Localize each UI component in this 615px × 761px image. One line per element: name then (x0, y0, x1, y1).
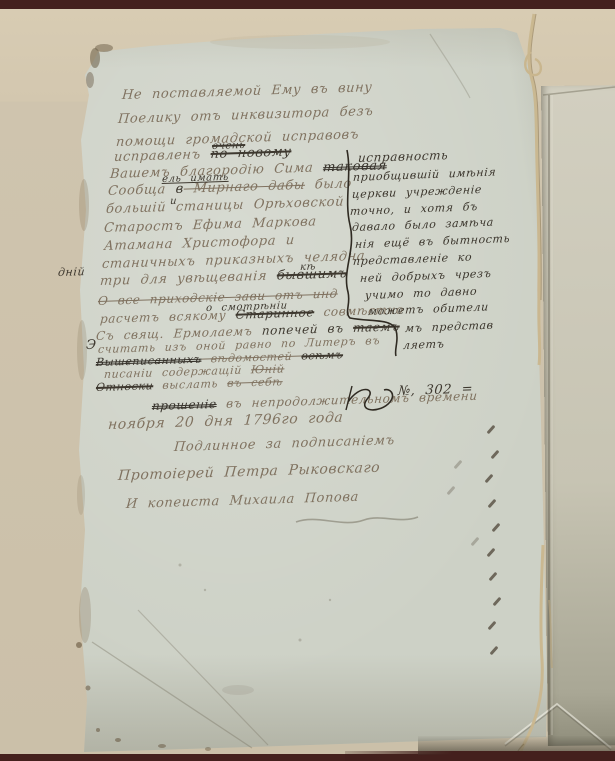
binding-thread-lower (521, 545, 543, 761)
thread-knot (525, 52, 541, 75)
photograph-of-manuscript: Не поставляемой Ему въ винуПоелику отъ и… (0, 0, 615, 761)
signature-squiggle (296, 517, 418, 523)
binding-thread (529, 14, 540, 365)
ink-flourishes-and-thread (0, 0, 615, 761)
flourish (348, 390, 392, 410)
margin-brace (346, 150, 397, 356)
table-background-strip (345, 751, 615, 761)
